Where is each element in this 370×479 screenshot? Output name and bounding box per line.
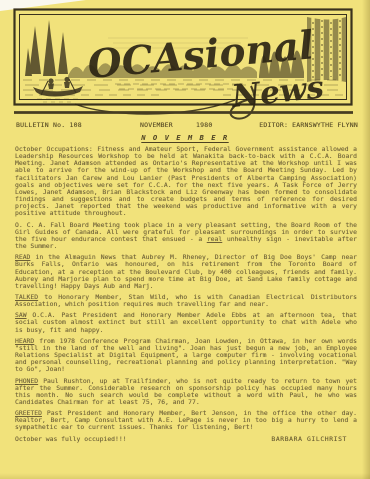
paragraph: October Occupations: Fitness and Amateur… bbox=[15, 146, 357, 218]
closing-line: October was fully occupied!!! bbox=[15, 436, 127, 443]
paragraph: HEARD from 1978 Conference Program Chair… bbox=[15, 338, 357, 374]
scan-edge-shadow-right bbox=[362, 0, 370, 479]
paragraph-text: from 1978 Conference Program Chairman, J… bbox=[15, 337, 357, 374]
paragraph: READ in the Almaguin News that Aubrey M.… bbox=[15, 254, 357, 290]
paragraph: O. C. A. Fall Board Meeting took place i… bbox=[15, 222, 357, 251]
canoe-sketch bbox=[33, 77, 83, 102]
paragraph: GREETED Past President and Honorary Memb… bbox=[15, 410, 357, 431]
paragraph: SAW O.C.A. Past President and Honorary M… bbox=[15, 312, 357, 333]
closing-row: October was fully occupied!!!BARBARA GIL… bbox=[15, 436, 357, 443]
underlined-text: real bbox=[207, 235, 222, 243]
paragraph-text: October Occupations: Fitness and Amateur… bbox=[15, 145, 357, 217]
section-title: N O V E M B E R bbox=[0, 133, 370, 142]
paragraph-text: in the Almaguin News that Aubrey M. Rhen… bbox=[15, 253, 357, 290]
newsletter-scan-page: { "colors": { "paper": "#f1e27b", "body_… bbox=[0, 0, 370, 479]
section-title-text: N O V E M B E R bbox=[141, 133, 228, 142]
paragraph: PHONED Paul Rushton, up at Trailfinder, … bbox=[15, 378, 357, 407]
bulletin-month: NOVEMBER bbox=[140, 121, 173, 129]
masthead-illustration: OCAsional News bbox=[13, 8, 354, 132]
bulletin-number: BULLETIN No. 108 bbox=[16, 121, 82, 129]
bulletin-info-row: BULLETIN No. 108 NOVEMBER 1980 EDITOR: E… bbox=[16, 121, 360, 131]
bulletin-editor: EDITOR: EARNSWYTHE FLYNN bbox=[259, 121, 358, 129]
paragraph-text: to Honorary Member, Stan Wild, who is wi… bbox=[15, 293, 357, 308]
paragraph-text: O.C.A. Past President and Honorary Membe… bbox=[15, 311, 357, 333]
bulletin-year: 1980 bbox=[196, 121, 212, 129]
paragraph-text: Paul Rushton, up at Trailfinder, who is … bbox=[15, 377, 357, 406]
signature: BARBARA GILCHRIST bbox=[271, 436, 347, 443]
paragraph-text: Past President and Honorary Member, Bert… bbox=[15, 409, 357, 431]
paragraph: TALKED to Honorary Member, Stan Wild, wh… bbox=[15, 294, 357, 308]
scan-edge-shadow-bottom bbox=[0, 473, 370, 479]
body-paragraphs: October Occupations: Fitness and Amateur… bbox=[15, 146, 357, 443]
